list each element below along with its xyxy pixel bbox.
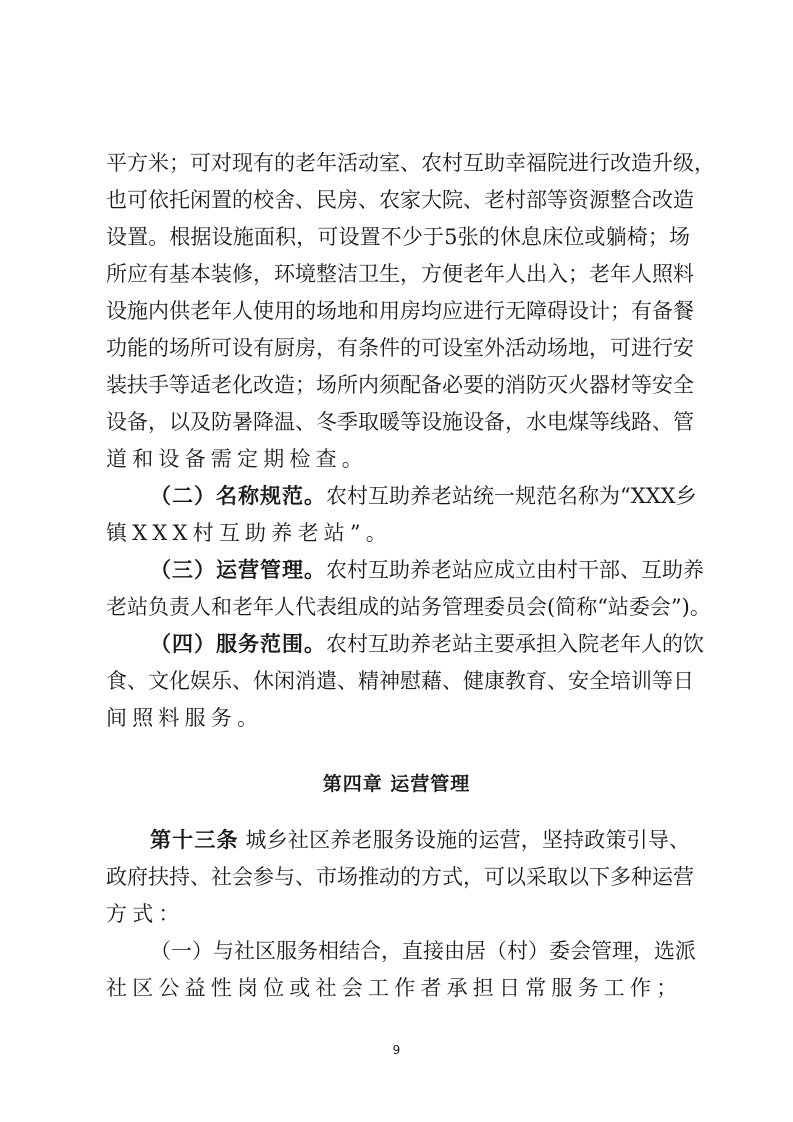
body-line: 镇XXX村互助养老站”。: [106, 520, 690, 546]
section-text: 农村互助养老站主要承担入院老年人的饮: [326, 632, 704, 656]
body-line: 老站负责人和老年人代表组成的站务管理委员会(简称“站委会”)。: [106, 594, 690, 620]
body-line: 方式：: [106, 901, 690, 927]
body-line: 功能的场所可设有厨房，有条件的可设室外活动场地，可进行安: [106, 335, 690, 361]
section-text: 农村互助养老站应成立由村干部、互助养: [326, 558, 704, 582]
chapter-title: 第四章 运营管理: [0, 769, 793, 796]
section-operation-mgmt: （三）运营管理。农村互助养老站应成立由村干部、互助养: [150, 557, 690, 583]
page-number: 9: [0, 1043, 793, 1057]
article-13: 第十三条 城乡社区养老服务设施的运营，坚持政策引导、: [150, 827, 690, 853]
section-heading: （三）运营管理。: [150, 558, 326, 582]
body-line: 平方米；可对现有的老年活动室、农村互助幸福院进行改造升级，: [106, 150, 690, 176]
section-service-scope: （四）服务范围。农村互助养老站主要承担入院老年人的饮: [150, 631, 690, 657]
body-line: 间照料服务。: [106, 705, 690, 731]
body-line: 政府扶持、社会参与、市场推动的方式，可以采取以下多种运营: [106, 864, 690, 890]
item-line: （一）与社区服务相结合，直接由居（村）委会管理，选派: [150, 938, 690, 964]
document-page: 平方米；可对现有的老年活动室、农村互助幸福院进行改造升级， 也可依托闲置的校舍、…: [0, 0, 793, 1122]
article-heading: 第十三条: [150, 828, 239, 852]
section-name-spec: （二）名称规范。农村互助养老站统一规范名称为“XXX乡: [150, 483, 690, 509]
body-line: 设置。根据设施面积，可设置不少于5张的休息床位或躺椅；场: [106, 224, 690, 250]
body-line: 食、文化娱乐、休闲消遣、精神慰藉、健康教育、安全培训等日: [106, 668, 690, 694]
body-line: 道和设备需定期检查。: [106, 446, 690, 472]
body-line: 设施内供老年人使用的场地和用房均应进行无障碍设计；有备餐: [106, 298, 690, 324]
body-line: 所应有基本装修，环境整洁卫生，方便老年人出入；老年人照料: [106, 261, 690, 287]
body-line: 也可依托闲置的校舍、民房、农家大院、老村部等资源整合改造: [106, 187, 690, 213]
item-line: 社区公益性岗位或社会工作者承担日常服务工作；: [106, 975, 690, 1001]
article-text: 城乡社区养老服务设施的运营，坚持政策引导、: [239, 828, 690, 852]
body-line: 设备，以及防暑降温、冬季取暖等设施设备，水电煤等线路、管: [106, 409, 690, 435]
section-heading: （二）名称规范。: [150, 484, 326, 508]
section-text: 农村互助养老站统一规范名称为“XXX乡: [326, 484, 697, 508]
section-heading: （四）服务范围。: [150, 632, 326, 656]
body-line: 装扶手等适老化改造；场所内须配备必要的消防灭火器材等安全: [106, 372, 690, 398]
